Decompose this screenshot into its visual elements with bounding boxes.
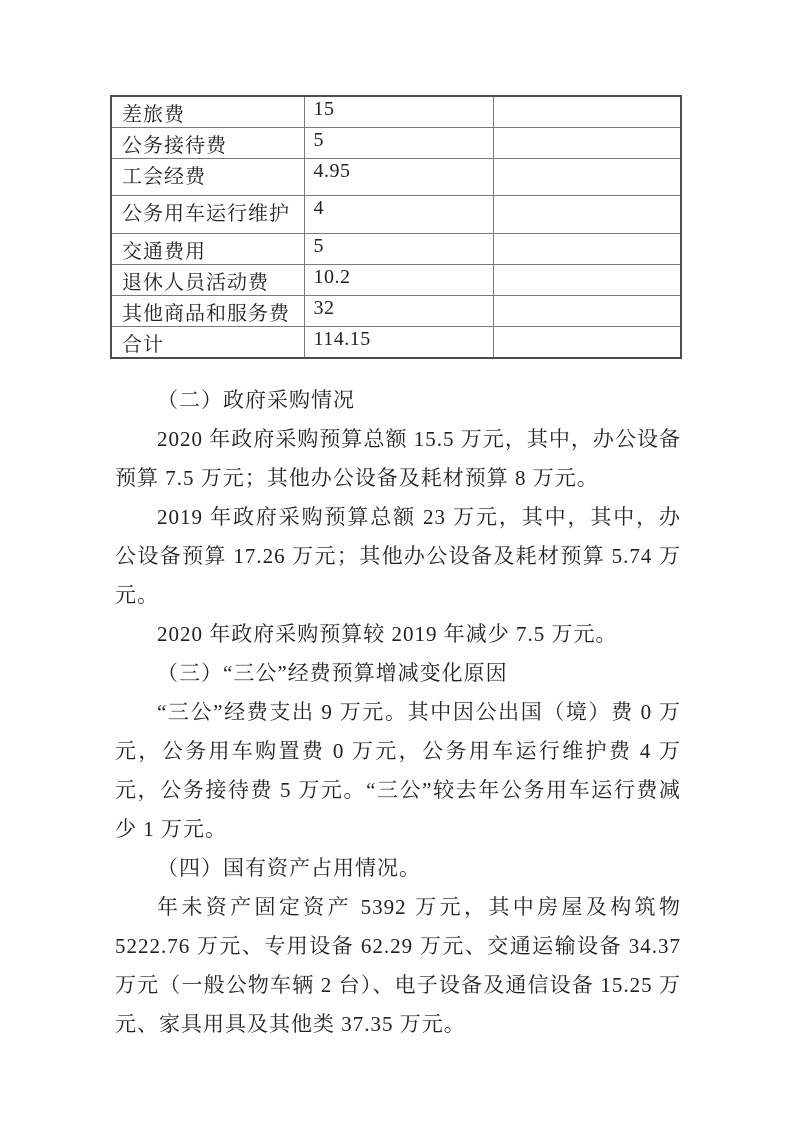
table-row: 工会经费 4.95 <box>111 159 681 196</box>
section-heading-3: （三）“三公”经费预算增减变化原因 <box>115 654 681 693</box>
expense-value-cell: 4 <box>304 196 493 234</box>
expense-note-cell <box>493 296 681 327</box>
expense-label-cell: 交通费用 <box>111 234 304 265</box>
expense-note-cell <box>493 234 681 265</box>
expense-note-cell <box>493 196 681 234</box>
expense-note-cell <box>493 265 681 296</box>
table-row: 其他商品和服务费 32 <box>111 296 681 327</box>
expense-table: 差旅费 15 公务接待费 5 工会经费 4.95 公务用车运行维护 4 交通费用 <box>110 95 682 359</box>
expense-label-cell: 退休人员活动费 <box>111 265 304 296</box>
expense-label-cell: 差旅费 <box>111 96 304 128</box>
expense-value-cell: 10.2 <box>304 265 493 296</box>
expense-note-cell <box>493 159 681 196</box>
expense-label-cell: 公务用车运行维护 <box>111 196 304 234</box>
expense-value-cell: 5 <box>304 128 493 159</box>
table-row: 交通费用 5 <box>111 234 681 265</box>
expense-label-cell: 公务接待费 <box>111 128 304 159</box>
expense-value-cell: 4.95 <box>304 159 493 196</box>
table-row: 公务接待费 5 <box>111 128 681 159</box>
expense-label-cell: 合计 <box>111 327 304 359</box>
expense-value-cell: 32 <box>304 296 493 327</box>
expense-note-cell <box>493 128 681 159</box>
section-heading-2: （二）政府采购情况 <box>115 381 681 420</box>
expense-value-cell: 15 <box>304 96 493 128</box>
expense-label-cell: 工会经费 <box>111 159 304 196</box>
expense-note-cell <box>493 96 681 128</box>
para-procurement-2020: 2020 年政府采购预算总额 15.5 万元，其中，办公设备预算 7.5 万元；… <box>115 420 681 498</box>
expense-note-cell <box>493 327 681 359</box>
table-row: 公务用车运行维护 4 <box>111 196 681 234</box>
body-text: （二）政府采购情况 2020 年政府采购预算总额 15.5 万元，其中，办公设备… <box>115 381 681 1044</box>
expense-value-cell: 114.15 <box>304 327 493 359</box>
para-state-assets: 年未资产固定资产 5392 万元，其中房屋及构筑物 5222.76 万元、专用设… <box>115 888 681 1044</box>
table-row: 差旅费 15 <box>111 96 681 128</box>
para-sangong-expense: “三公”经费支出 9 万元。其中因公出国（境）费 0 万元，公务用车购置费 0 … <box>115 693 681 849</box>
table-row: 退休人员活动费 10.2 <box>111 265 681 296</box>
para-procurement-2019: 2019 年政府采购预算总额 23 万元，其中，其中，办公设备预算 17.26 … <box>115 498 681 615</box>
expense-label-cell: 其他商品和服务费 <box>111 296 304 327</box>
document-page: 差旅费 15 公务接待费 5 工会经费 4.95 公务用车运行维护 4 交通费用 <box>0 0 793 1122</box>
section-heading-4: （四）国有资产占用情况。 <box>115 849 681 888</box>
para-procurement-change: 2020 年政府采购预算较 2019 年减少 7.5 万元。 <box>115 615 681 654</box>
expense-value-cell: 5 <box>304 234 493 265</box>
table-row-total: 合计 114.15 <box>111 327 681 359</box>
